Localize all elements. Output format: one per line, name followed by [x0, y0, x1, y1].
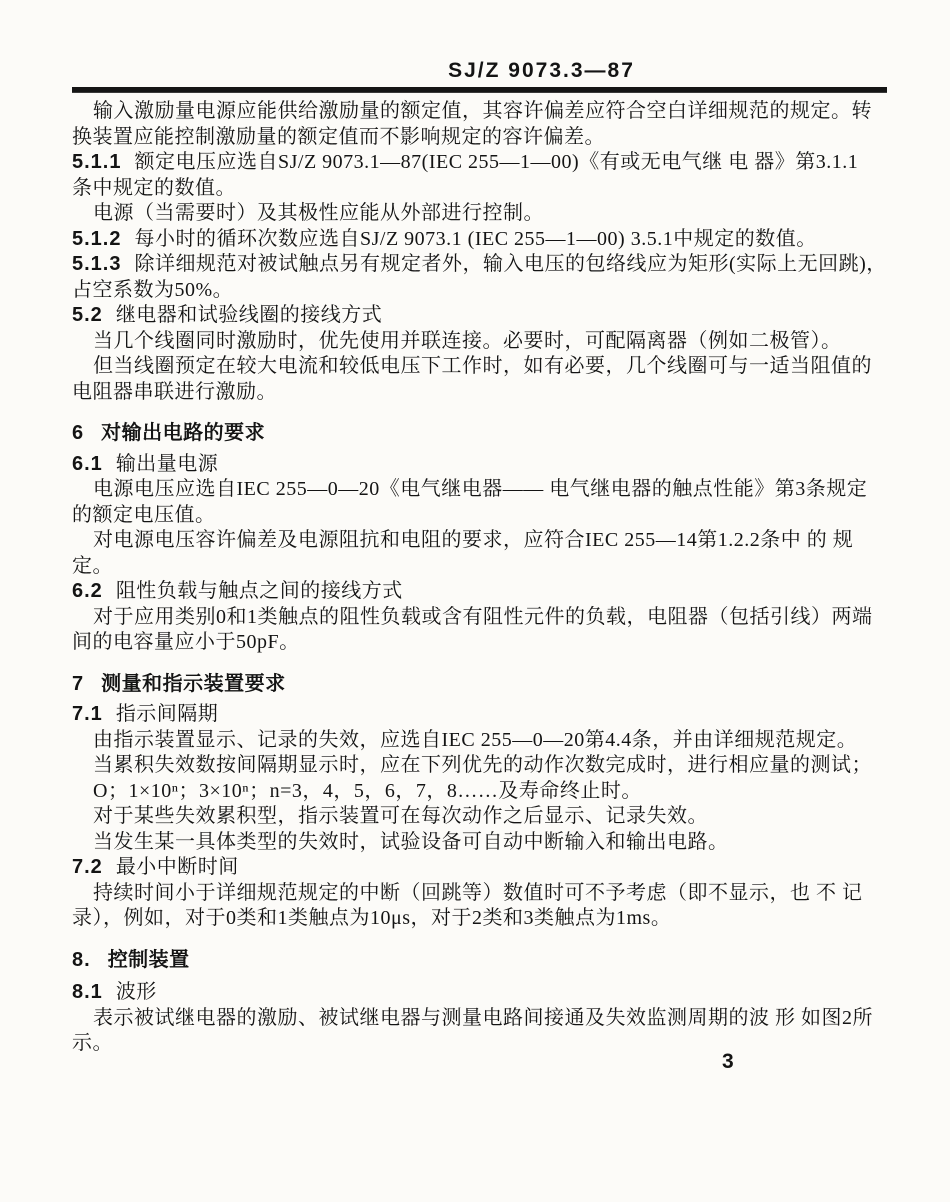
text-line: 电源电压应选自IEC 255—0—20《电气继电器—— 电气继电器的触点性能》第…: [72, 477, 887, 503]
text-line: O；1×10ⁿ；3×10ⁿ；n=3，4，5，6，7，8……及寿命终止时。: [72, 779, 887, 805]
subsection-number: 7.2: [72, 856, 103, 878]
subsection-heading-6-2: 6.2阻性负载与触点之间的接线方式: [72, 579, 887, 605]
text-line: 录），例如，对于0类和1类触点为10μs，对于2类和3类触点为1ms。: [72, 906, 887, 932]
text-line: 当发生某一具体类型的失效时，试验设备可自动中断输入和输出电路。: [72, 830, 887, 856]
subsection-heading-7-2: 7.2最小中断时间: [72, 855, 887, 881]
subsection-text: 指示间隔期: [116, 703, 219, 725]
subsection-number: 8.1: [72, 981, 103, 1003]
text-line: 电阻器串联进行激励。: [72, 380, 887, 406]
subsection-heading-5-2: 5.2继电器和试验线圈的接线方式: [72, 303, 887, 329]
page-number: 3: [722, 1050, 734, 1074]
text-line: 由指示装置显示、记录的失效，应选自IEC 255—0—20第4.4条，并由详细规…: [72, 728, 887, 754]
text-line: 间的电容量应小于50pF。: [72, 630, 887, 656]
subsection-number: 7.1: [72, 703, 103, 725]
section-number: 6: [72, 422, 84, 444]
text-line: 示。: [72, 1031, 887, 1057]
subsection-heading-7-1: 7.1指示间隔期: [72, 702, 887, 728]
subsection-text: 波形: [116, 981, 157, 1003]
subsection-text: 每小时的循环次数应选自SJ/Z 9073.1 (IEC 255—1—00) 3.…: [134, 228, 816, 250]
subsection-number: 5.1.3: [72, 253, 121, 275]
subsection-text: 继电器和试验线圈的接线方式: [116, 304, 383, 326]
subsection-number: 6.2: [72, 580, 103, 602]
text-line: 定。: [72, 554, 887, 580]
subsection-number: 5.2: [72, 304, 103, 326]
subsection-number: 5.1.2: [72, 228, 121, 250]
section-number: 7: [72, 673, 84, 695]
section-number: 8.: [72, 949, 91, 971]
text-line: 对于应用类别0和1类触点的阻性负载或含有阻性元件的负载，电阻器（包括引线）两端: [72, 605, 887, 631]
text-line: 表示被试继电器的激励、被试继电器与测量电路间接通及失效监测周期的波 形 如图2所: [72, 1006, 887, 1032]
text-line: 条中规定的数值。: [72, 176, 887, 202]
text-line: 当几个线圈同时激励时，优先使用并联连接。必要时，可配隔离器（例如二极管）。: [72, 329, 887, 355]
text-line: 对于某些失效累积型，指示装置可在每次动作之后显示、记录失效。: [72, 804, 887, 830]
subsection-text: 最小中断时间: [116, 856, 239, 878]
section-heading-7: 7测量和指示装置要求: [72, 672, 887, 698]
text-line: 但当线圈预定在较大电流和较低电压下工作时，如有必要，几个线圈可与一适当阻值的: [72, 354, 887, 380]
page-content: SJ/Z 9073.3—87 输入激励量电源应能供给激励量的额定值，其容许偏差应…: [72, 58, 887, 1057]
subsection-heading-6-1: 6.1输出量电源: [72, 452, 887, 478]
subsection-heading-5-1-3: 5.1.3除详细规范对被试触点另有规定者外，输入电压的包络线应为矩形(实际上无回…: [72, 252, 887, 278]
text-line: 换装置应能控制激励量的额定值而不影响规定的容许偏差。: [72, 125, 887, 151]
subsection-number: 5.1.1: [72, 151, 121, 173]
header-rule: [72, 87, 887, 92]
doc-number-header: SJ/Z 9073.3—87: [134, 58, 949, 84]
subsection-text: 除详细规范对被试触点另有规定者外，输入电压的包络线应为矩形(实际上无回跳)，: [134, 253, 886, 275]
text-line: 输入激励量电源应能供给激励量的额定值，其容许偏差应符合空白详细规范的规定。转: [72, 99, 887, 125]
text-line: 持续时间小于详细规范规定的中断（回跳等）数值时可不予考虑（即不显示，也 不 记: [72, 881, 887, 907]
subsection-number: 6.1: [72, 453, 103, 475]
subsection-heading-5-1-2: 5.1.2每小时的循环次数应选自SJ/Z 9073.1 (IEC 255—1—0…: [72, 227, 887, 253]
subsection-text: 输出量电源: [116, 453, 219, 475]
document-page: SJ/Z 9073.3—87 输入激励量电源应能供给激励量的额定值，其容许偏差应…: [0, 0, 950, 1202]
text-line: 电源（当需要时）及其极性应能从外部进行控制。: [72, 201, 887, 227]
section-heading-8: 8.控制装置: [72, 948, 887, 974]
section-heading-6: 6对输出电路的要求: [72, 421, 887, 447]
text-line: 占空系数为50%。: [72, 278, 887, 304]
subsection-heading-8-1: 8.1波形: [72, 980, 887, 1006]
section-title: 控制装置: [108, 949, 190, 971]
text-line: 对电源电压容许偏差及电源阻抗和电阻的要求，应符合IEC 255—14第1.2.2…: [72, 528, 887, 554]
section-title: 测量和指示装置要求: [101, 673, 286, 695]
subsection-text: 额定电压应选自SJ/Z 9073.1—87(IEC 255—1—00)《有或无电…: [134, 151, 858, 173]
subsection-text: 阻性负载与触点之间的接线方式: [116, 580, 403, 602]
section-title: 对输出电路的要求: [101, 422, 265, 444]
text-line: 当累积失效数按间隔期显示时，应在下列优先的动作次数完成时，进行相应量的测试；: [72, 753, 887, 779]
text-line: 的额定电压值。: [72, 503, 887, 529]
subsection-heading-5-1-1: 5.1.1额定电压应选自SJ/Z 9073.1—87(IEC 255—1—00)…: [72, 150, 887, 176]
